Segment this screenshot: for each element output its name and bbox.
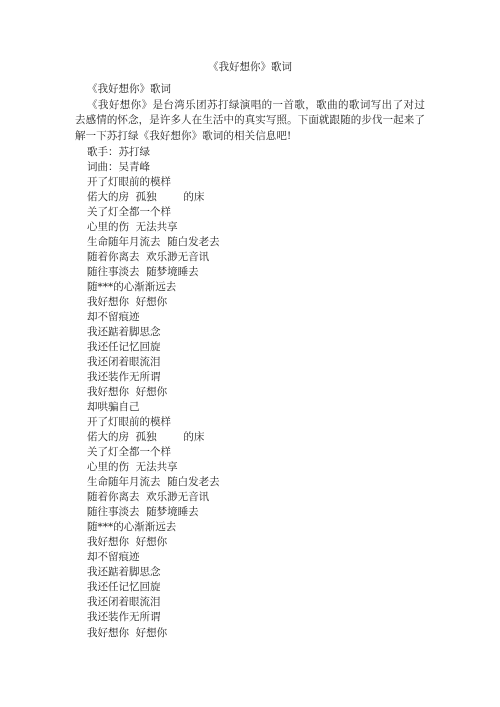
lyric-line: 偌大的房 孤独 的床 xyxy=(87,430,220,445)
lyric-line: 心里的伤 无法共享 xyxy=(87,220,220,235)
lyric-line: 关了灯全都一个样 xyxy=(87,445,220,460)
lyric-line: 我好想你 好想你 xyxy=(87,385,220,400)
lyric-line: 偌大的房 孤独 的床 xyxy=(87,190,220,205)
lyric-line: 我好想你 好想你 xyxy=(87,626,220,641)
lyrics-block: 歌手：苏打绿 词曲：吴青峰 开了灯眼前的模样偌大的房 孤独 的床关了灯全都一个样… xyxy=(87,145,220,641)
document-title: 《我好想你》歌词 xyxy=(0,60,500,75)
lyric-line: 随***的心渐渐远去 xyxy=(87,520,220,535)
lyric-line: 我还闭着眼流泪 xyxy=(87,355,220,370)
lyric-lines: 开了灯眼前的模样偌大的房 孤独 的床关了灯全都一个样心里的伤 无法共享生命随年月… xyxy=(87,175,220,640)
lyric-line: 我还装作无所谓 xyxy=(87,370,220,385)
lyric-line: 随往事淡去 随梦境睡去 xyxy=(87,505,220,520)
lyric-line: 开了灯眼前的模样 xyxy=(87,175,220,190)
lyric-line: 我还踮着脚思念 xyxy=(87,325,220,340)
lyric-line: 随***的心渐渐远去 xyxy=(87,280,220,295)
lyric-line: 生命随年月流去 随白发老去 xyxy=(87,475,220,490)
lyric-line: 随着你离去 欢乐渺无音讯 xyxy=(87,490,220,505)
lyric-line: 我还踮着脚思念 xyxy=(87,565,220,580)
lyric-line: 心里的伤 无法共享 xyxy=(87,460,220,475)
section-heading: 《我好想你》歌词 xyxy=(75,82,425,98)
lyric-line: 却不留痕迹 xyxy=(87,310,220,325)
intro-section: 《我好想你》歌词 《我好想你》是台湾乐团苏打绿演唱的一首歌，歌曲的歌词写出了对过… xyxy=(75,82,425,144)
lyric-line: 却哄骗自己 xyxy=(87,400,220,415)
lyric-line: 随着你离去 欢乐渺无音讯 xyxy=(87,250,220,265)
lyric-line: 我还闭着眼流泪 xyxy=(87,595,220,610)
lyric-line: 随往事淡去 随梦境睡去 xyxy=(87,265,220,280)
lyric-line: 我好想你 好想你 xyxy=(87,535,220,550)
lyric-line: 关了灯全都一个样 xyxy=(87,205,220,220)
intro-paragraph: 《我好想你》是台湾乐团苏打绿演唱的一首歌，歌曲的歌词写出了对过去感情的怀念，是许… xyxy=(75,98,425,145)
composer-credit: 词曲：吴青峰 xyxy=(87,160,220,175)
lyric-line: 我还装作无所谓 xyxy=(87,610,220,625)
lyric-line: 我还任记忆回旋 xyxy=(87,580,220,595)
lyric-line: 却不留痕迹 xyxy=(87,550,220,565)
lyric-line: 我还任记忆回旋 xyxy=(87,340,220,355)
singer-credit: 歌手：苏打绿 xyxy=(87,145,220,160)
document-page: 《我好想你》歌词 《我好想你》歌词 《我好想你》是台湾乐团苏打绿演唱的一首歌，歌… xyxy=(0,0,500,707)
lyric-line: 生命随年月流去 随白发老去 xyxy=(87,235,220,250)
lyric-line: 开了灯眼前的模样 xyxy=(87,415,220,430)
lyric-line: 我好想你 好想你 xyxy=(87,295,220,310)
